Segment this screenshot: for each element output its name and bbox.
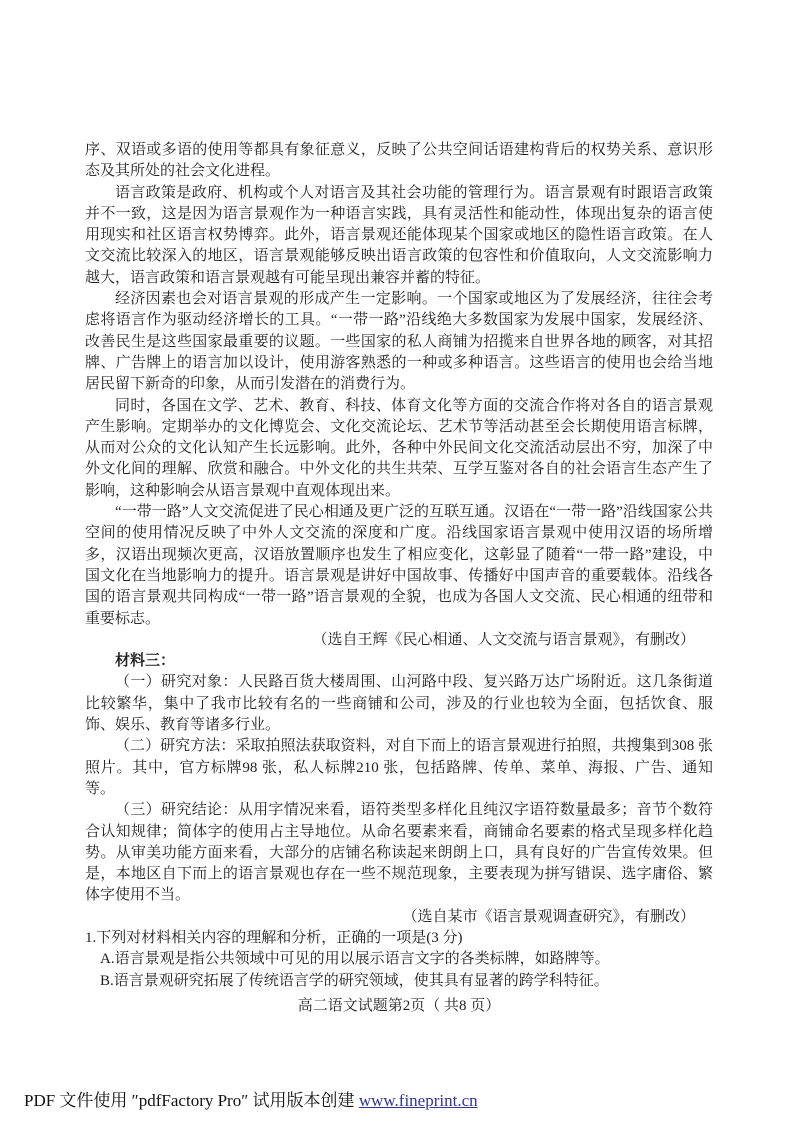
body-paragraph: 同时，各国在文学、艺术、教育、科技、体育文化等方面的交流合作将对各自的语言景观产…: [85, 396, 713, 502]
question-1-option-a: A.语言景观是指公共领域中可见的用以展示语言文字的各类标牌，如路牌等。: [100, 949, 713, 970]
fineprint-link[interactable]: www.fineprint.cn: [359, 1091, 478, 1110]
material-three-paragraph: （一）研究对象：人民路百货大楼周围、山河路中段、复兴路万达广场附近。这几条街道比…: [85, 672, 713, 736]
source-attribution-material3: （选自某市《语言景观调查研究》，有删改）: [85, 907, 713, 928]
material-three-paragraph: （二）研究方法：采取拍照法获取资料，对自下而上的语言景观进行拍照，共搜集到308…: [85, 736, 713, 800]
pdf-trial-notice: PDF 文件使用 ″pdfFactory Pro″ 试用版本创建 www.fin…: [24, 1086, 478, 1111]
exam-page: 序、双语或多语的使用等都具有象征意义，反映了公共空间话语建构背后的权势关系、意识…: [0, 0, 793, 1122]
body-paragraph: “一带一路”人文交流促进了民心相通及更广泛的互联互通。汉语在“一带一路”沿线国家…: [85, 502, 713, 630]
body-paragraph: 语言政策是政府、机构或个人对语言及其社会功能的管理行为。语言景观有时跟语言政策并…: [85, 183, 713, 289]
page-number-footer: 高二语文试题第2页（ 共8 页）: [85, 996, 713, 1017]
question-1: 1.下列对材料相关内容的理解和分析，正确的一项是(3 分) A.语言景观是指公共…: [85, 928, 713, 992]
body-paragraph: 经济因素也会对语言景观的形成产生一定影响。一个国家或地区为了发展经济，往往会考虑…: [85, 289, 713, 395]
question-1-stem: 1.下列对材料相关内容的理解和分析，正确的一项是(3 分): [85, 928, 713, 949]
question-1-option-b: B.语言景观研究拓展了传统语言学的研究领域，使其具有显著的跨学科特征。: [100, 971, 713, 992]
pdf-trial-notice-text: PDF 文件使用 ″pdfFactory Pro″ 试用版本创建: [24, 1091, 359, 1110]
body-paragraph-continuation: 序、双语或多语的使用等都具有象征意义，反映了公共空间话语建构背后的权势关系、意识…: [85, 140, 713, 183]
exam-text-block: 序、双语或多语的使用等都具有象征意义，反映了公共空间话语建构背后的权势关系、意识…: [85, 140, 713, 1017]
material-three-paragraph: （三）研究结论：从用字情况来看，语符类型多样化且纯汉字语符数量最多；音节个数符合…: [85, 800, 713, 906]
material-three-heading: 材料三：: [85, 651, 713, 672]
source-attribution-material2: （选自王辉《民心相通、人文交流与语言景观》，有删改）: [85, 630, 713, 651]
